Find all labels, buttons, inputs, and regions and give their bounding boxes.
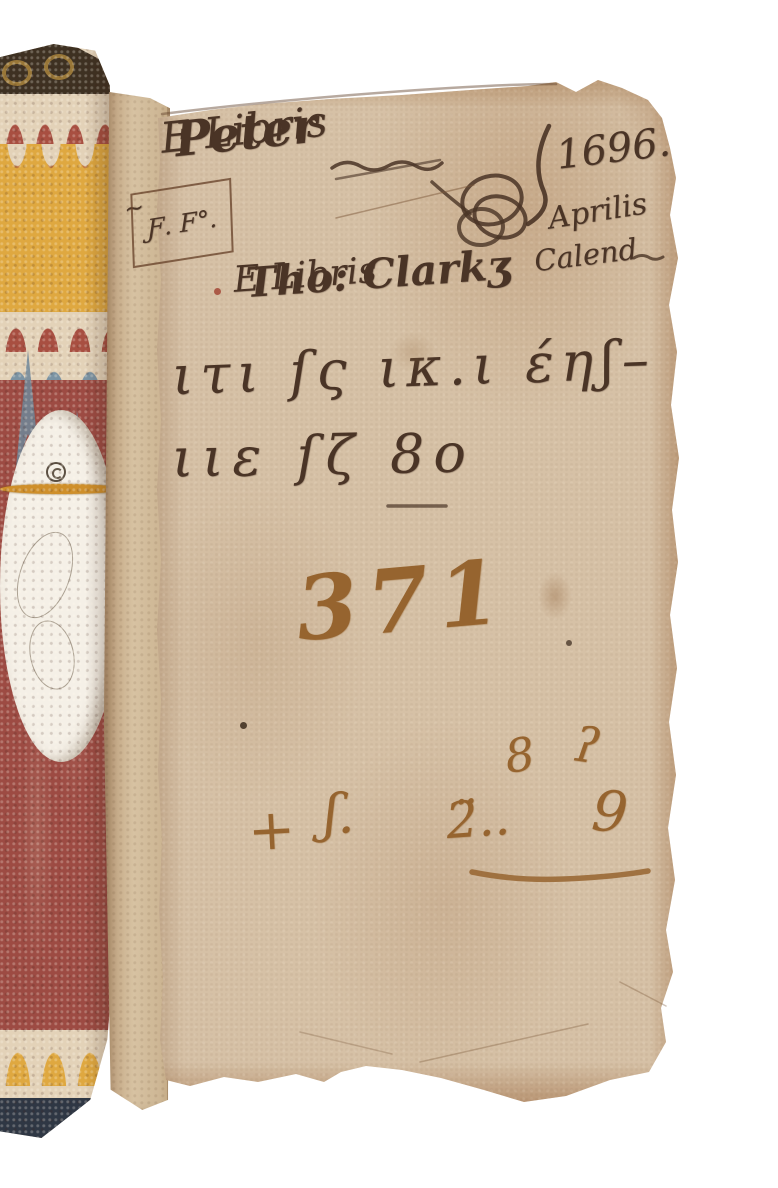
- ink-flourishes: [0, 0, 778, 1188]
- price-code-underline: [472, 871, 648, 879]
- page-top-shadow: [162, 84, 556, 114]
- paper-crease: [300, 1032, 392, 1054]
- knot-flourish: [457, 169, 527, 231]
- brace-flourish: [528, 126, 549, 224]
- calend-dash: [634, 256, 663, 260]
- book-photograph: E Libris Peter 1696. Aprilis Calend ~ Ƒ.…: [0, 0, 778, 1188]
- paper-crease: [620, 982, 666, 1006]
- paper-crease: [420, 1024, 588, 1062]
